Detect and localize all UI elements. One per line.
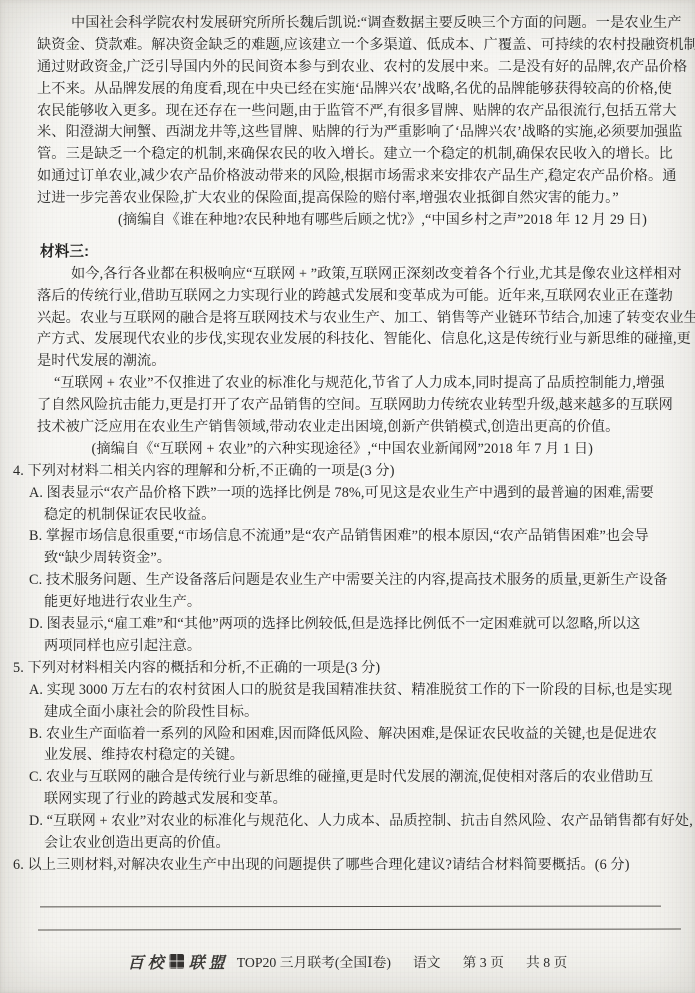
material2-paragraph-line: 如通过订单农业,减少农产品价格波动带来的风险,根据市场需求来安排农产品生产,稳定…: [0, 166, 695, 188]
material3-paragraph-line: 产方式、发展现代农业的步伐,实现农业发展的科技化、智能化、信息化,这是传统行业与…: [0, 329, 695, 351]
material3-paragraph-line: 如今,各行各业都在积极响应“互联网 + ”政策,互联网正深刻改变着各个行业,尤其…: [0, 264, 695, 286]
answer-blank-line: [40, 906, 661, 908]
question-5-stem: 5. 下列对材料相关内容的概括和分析,不正确的一项是(3 分): [0, 658, 695, 680]
answer-blank-line: [38, 929, 681, 931]
question-5-option-b-line: 业发展、维持农村稳定的关键。: [0, 745, 695, 767]
question-5-option-c-line: 联网实现了行业的跨越式发展和变革。: [0, 789, 695, 811]
question-5-option-d-line: D. “互联网 + 农业”对农业的标准化与规范化、人力成本、品质控制、抗击自然风…: [0, 811, 695, 833]
material2-source-attribution: (摘编自《谁在种地?农民种地有哪些后顾之忧?》,“中国乡村之声”2018 年 1…: [0, 210, 695, 232]
material3-source-attribution: (摘编自《“互联网 + 农业”的六种实现途径》,“中国农业新闻网”2018 年 …: [0, 439, 695, 461]
material2-paragraph-line: 管。三是缺乏一个稳定的机制,来确保农民的收入增长。建立一个稳定的机制,确保农民收…: [0, 144, 695, 166]
exam-body-text: 中国社会科学院农村发展研究所所长魏后凯说:“调查数据主要反映三个方面的问题。一是…: [0, 13, 695, 877]
total-pages: 共 8 页: [526, 951, 567, 971]
question-6-stem: 6. 以上三则材料,对解决农业生产中出现的问题提供了哪些合理化建议?请结合材料简…: [0, 855, 695, 877]
exam-title: TOP20 三月联考(全国Ⅰ卷): [237, 951, 391, 971]
material2-paragraph-line: 缺资金、贷款难。解决资金缺乏的难题,应该建立一个多渠道、低成本、广覆盖、可持续的…: [0, 35, 695, 57]
question-5-option-b-line: B. 农业生产面临着一系列的风险和困难,因而降低风险、解决困难,是保证农民收益的…: [0, 724, 695, 746]
material2-paragraph-line: 米、阳澄湖大闸蟹、西湖龙井等,这些冒牌、贴牌的行为严重影响了‘品牌兴农’战略的实…: [0, 122, 695, 144]
question-5-option-a-line: A. 实现 3000 万左右的农村贫困人口的脱贫是我国精准扶贫、精准脱贫工作的下…: [0, 680, 695, 702]
question-4-option-b-line: B. 掌握市场信息很重要,“市场信息不流通”是“农产品销售困难”的根本原因,“农…: [0, 526, 695, 548]
question-5-option-a-line: 建成全面小康社会的阶段性目标。: [0, 702, 695, 724]
material3-heading: 材料三:: [0, 242, 695, 264]
material3-paragraph-line: 是时代发展的潮流。: [0, 351, 695, 373]
material2-paragraph-line: 过进一步完善农业保险,扩大农业的保险面,提高保险的赔付率,增强农业抵御自然灾害的…: [0, 188, 695, 210]
brand-seal-icon: [169, 954, 184, 969]
scanned-exam-page: 中国社会科学院农村发展研究所所长魏后凯说:“调查数据主要反映三个方面的问题。一是…: [0, 0, 695, 993]
subject-label: 语文: [413, 951, 441, 971]
question-5-option-c-line: C. 农业与互联网的融合是传统行业与新思维的碰撞,更是时代发展的潮流,促使相对落…: [0, 767, 695, 789]
material3-paragraph-line: 落后的传统行业,借助互联网之力实现行业的跨越式发展和变革成为可能。近年来,互联网…: [0, 286, 695, 308]
question-4-option-a-line: A. 图表显示“农产品价格下跌”一项的选择比例是 78%,可见这是农业生产中遇到…: [0, 483, 695, 505]
material3-paragraph-line: 技术被广泛应用在农业生产销售领域,带动农业走出困境,创新产供销模式,创造出更高的…: [0, 417, 695, 439]
question-4-option-d-line: D. 图表显示,“雇工难”和“其他”两项的选择比例较低,但是选择比例低不一定困难…: [0, 614, 695, 636]
material3-paragraph-line: 兴起。农业与互联网的融合是将互联网技术与农业生产、加工、销售等产业链环节结合,加…: [0, 308, 695, 330]
material3-paragraph-line: “互联网 + 农业”不仅推进了农业的标准化与规范化,节省了人力成本,同时提高了品…: [0, 373, 695, 395]
material2-paragraph-line: 农民能够收入更多。现在还存在一些问题,由于监管不严,有很多冒牌、贴牌的农产品很流…: [0, 101, 695, 123]
material2-paragraph-line: 通过财政资金,广泛引导国内外的民间资本参与到农业、农村的发展中来。二是没有好的品…: [0, 57, 695, 79]
page-number: 第 3 页: [463, 951, 504, 971]
brand-name-prefix: 百校: [128, 950, 168, 973]
material3-paragraph-line: 了自然风险抗击能力,更是打开了农产品销售的空间。互联网助力传统农业转型升级,越来…: [0, 395, 695, 417]
question-4-option-c-line: 能更好地进行农业生产。: [0, 592, 695, 614]
page-footer: 百校 联盟 TOP20 三月联考(全国Ⅰ卷) 语文 第 3 页 共 8 页: [0, 946, 695, 976]
material2-paragraph-line: 上不来。从品牌发展的角度看,现在中央已经在实施‘品牌兴农’战略,名优的品牌能够获…: [0, 79, 695, 101]
material2-paragraph-line: 中国社会科学院农村发展研究所所长魏后凯说:“调查数据主要反映三个方面的问题。一是…: [0, 13, 695, 35]
question-4-option-d-line: 两项同样也应引起注意。: [0, 636, 695, 658]
question-4-option-a-line: 稳定的机制保证农民收益。: [0, 505, 695, 527]
brand-name-suffix: 联盟: [189, 950, 229, 973]
question-4-option-c-line: C. 技术服务问题、生产设备落后问题是农业生产中需要关注的内容,提高技术服务的质…: [0, 570, 695, 592]
question-4-option-b-line: 致“缺少周转资金”。: [0, 548, 695, 570]
question-5-option-d-line: 会让农业创造出更高的价值。: [0, 833, 695, 855]
question-4-stem: 4. 下列对材料二相关内容的理解和分析,不正确的一项是(3 分): [0, 461, 695, 483]
